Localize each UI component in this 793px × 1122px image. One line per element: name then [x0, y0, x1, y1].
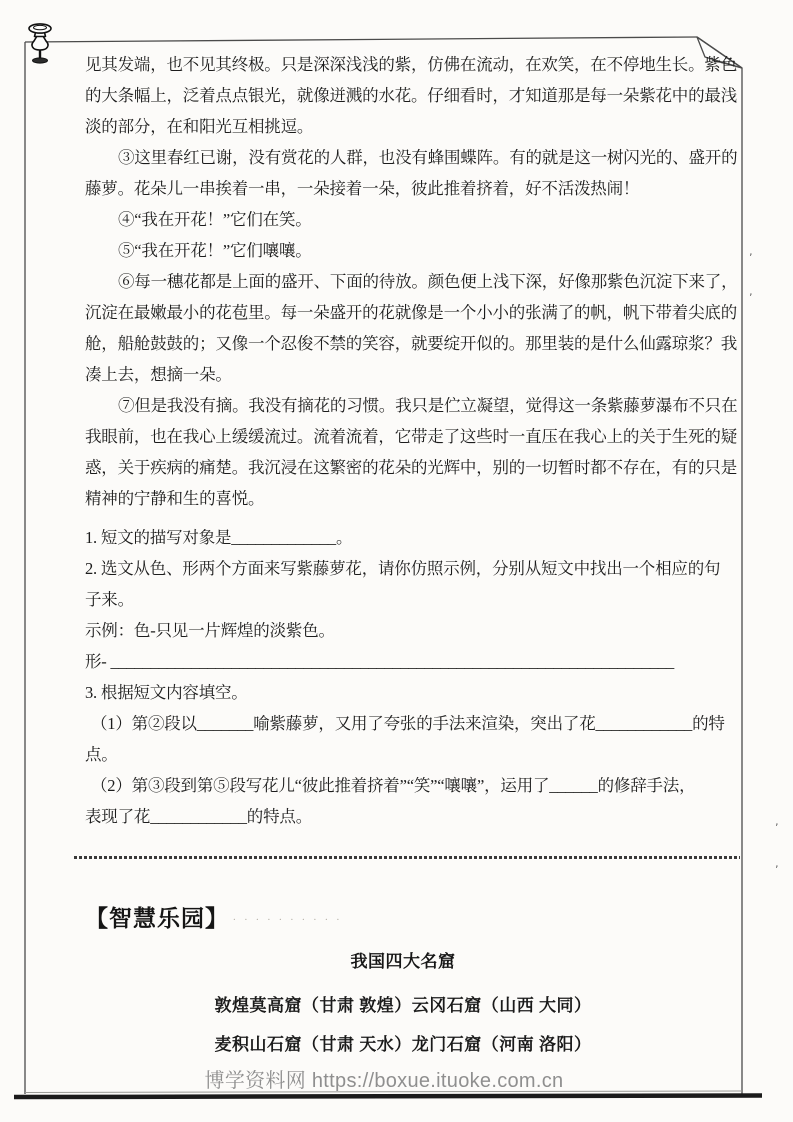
question-line: 1. 短文的描写对象是_____________。 — [85, 522, 745, 553]
grotto-row: 敦煌莫高窟（甘肃 敦煌）云冈石窟（山西 大同） — [85, 991, 721, 1016]
pushpin-icon — [29, 24, 51, 63]
essay-line: 沉淀在最嫩最小的花苞里。每一朵盛开的花就像是一个小小的张满了的帆，帆下带着尖底的 — [85, 297, 745, 328]
essay-line: 淡的部分，在和阳光互相挑逗。 — [85, 111, 745, 142]
question-line: 子来。 — [85, 584, 745, 615]
section-divider — [74, 856, 740, 859]
page-top-border — [25, 37, 697, 42]
essay-line: 精神的宁静和生的喜悦。 — [85, 483, 745, 514]
page-bottom-rule — [14, 1093, 762, 1099]
question-section: 1. 短文的描写对象是_____________。 2. 选文从色、形两个方面来… — [85, 522, 745, 832]
question-line: （1）第②段以_______喻紫藤萝，又用了夸张的手法来渲染，突出了花_____… — [85, 708, 745, 739]
wisdom-section-heading: 【智慧乐园】. . . . . . . . . . — [85, 900, 342, 933]
essay-line: 惑，关于疾病的痛楚。我沉浸在这繁密的花朵的光辉中，别的一切暂时都不存在，有的只是 — [85, 452, 745, 483]
question-line: 表现了花____________的特点。 — [85, 801, 745, 832]
question-line: 3. 根据短文内容填空。 — [85, 677, 745, 708]
essay-line: 凑上去，想摘一朵。 — [85, 359, 745, 390]
essay-line: 藤萝。花朵儿一串挨着一串，一朵接着一朵，彼此推着挤着，好不活泼热闹！ — [85, 173, 745, 204]
question-line: 形- _____________________________________… — [85, 646, 745, 677]
reading-passage: 见其发端，也不见其终极。只是深深浅浅的紫，仿佛在流动，在欢笑，在不停地生长。紫色… — [85, 49, 745, 514]
essay-line: 的大条幅上，泛着点点银光，就像迸溅的水花。仔细看时，才知道那是每一朵紫花中的最浅 — [85, 80, 745, 111]
essay-line: ⑤“我在开花！”它们嚷嚷。 — [85, 235, 745, 266]
site-watermark: 博学资料网 https://boxue.ituoke.com.cn — [25, 1064, 743, 1093]
essay-line: 见其发端，也不见其终极。只是深深浅浅的紫，仿佛在流动，在欢笑，在不停地生长。紫色 — [85, 49, 745, 80]
grotto-row: 麦积山石窟（甘肃 天水）龙门石窟（河南 洛阳） — [85, 1030, 721, 1055]
wisdom-title: 我国四大名窟 — [85, 947, 721, 972]
question-line: 2. 选文从色、形两个方面来写紫藤萝花，请你仿照示例，分别从短文中找出一个相应的… — [85, 553, 745, 584]
question-line: 点。 — [85, 739, 745, 770]
essay-line: 舱，船舱鼓鼓的；又像一个忍俊不禁的笑容，就要绽开似的。那里装的是什么仙露琼浆？我 — [85, 328, 745, 359]
essay-line: ⑦但是我没有摘。我没有摘花的习惯。我只是伫立凝望，觉得这一条紫藤萝瀑布不只在 — [85, 390, 745, 421]
essay-line: 我眼前，也在我心上缓缓流过。流着流着，它带走了这些时一直压在我心上的关于生死的疑 — [85, 421, 745, 452]
essay-line: ③这里春红已谢，没有赏花的人群，也没有蜂围蝶阵。有的就是这一树闪光的、盛开的 — [85, 142, 745, 173]
wisdom-heading-text: 【智慧乐园】 — [85, 906, 229, 931]
scan-artifact: ‚ — [775, 816, 779, 827]
essay-line: ④“我在开花！”它们在笑。 — [85, 204, 745, 235]
dotted-trail: . . . . . . . . . . — [233, 911, 342, 923]
scan-artifact: ‚ — [749, 246, 753, 257]
scan-artifact: ‚ — [775, 858, 779, 869]
essay-line: ⑥每一穗花都是上面的盛开、下面的待放。颜色便上浅下深，好像那紫色沉淀下来了， — [85, 266, 745, 297]
question-line: 示例：色-只见一片辉煌的淡紫色。 — [85, 615, 745, 646]
scan-artifact: ‚ — [749, 286, 753, 297]
question-line: （2）第③段到第⑤段写花儿“彼此推着挤着”“笑”“嚷嚷”，运用了______的修… — [85, 770, 745, 801]
